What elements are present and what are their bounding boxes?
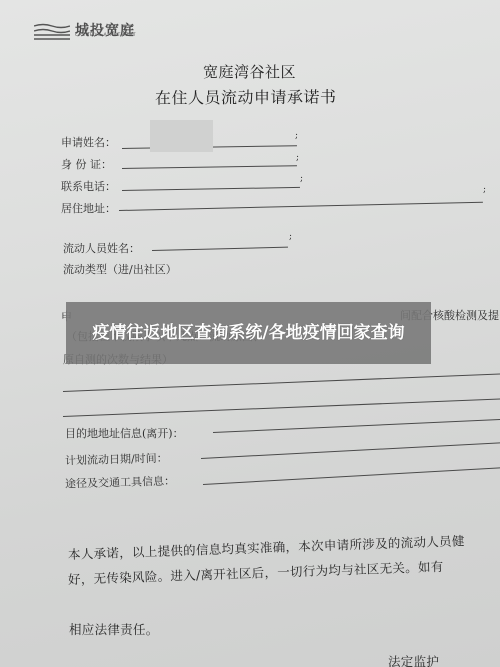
applicant-name-label: 申请姓名： <box>61 134 116 150</box>
caption-text: 疫情往返地区查询系统/各地疫情回家查询 <box>76 322 421 344</box>
destination-field[interactable] <box>213 419 500 433</box>
field-suffix: ; <box>296 153 299 163</box>
flow-type-label: 流动类型（进/出社区） <box>63 261 177 277</box>
guardian-signature-label: 法定监护 <box>388 652 439 667</box>
address-field[interactable] <box>119 202 483 211</box>
caption-banner: 疫情往返地区查询系统/各地疫情回家查询 <box>66 302 431 364</box>
planned-date-field[interactable] <box>201 442 500 459</box>
pledge-text-line-2: 好，无传染风险。进入/离开社区后，一切行为均与社区无关。如有 <box>68 557 444 588</box>
document-title-community: 宽庭湾谷社区 <box>203 61 296 82</box>
document-title-form: 在住人员流动申请承诺书 <box>155 84 337 108</box>
pledge-text-line-3: 相应法律责任。 <box>69 620 159 638</box>
field-suffix: ; <box>483 185 486 195</box>
field-suffix: ; <box>300 174 303 184</box>
document-photo: 城投宽庭 CREATIVE APARTMENT 宽庭湾谷社区 在住人员流动申请承… <box>0 0 500 667</box>
redacted-name-block <box>150 120 213 152</box>
address-label: 居住地址： <box>61 200 116 216</box>
mover-name-label: 流动人员姓名： <box>63 240 140 256</box>
field-suffix: ; <box>295 131 298 141</box>
destination-label: 目的地地址信息(离开)： <box>65 425 184 441</box>
phone-label: 联系电话： <box>61 178 116 194</box>
logo-name-en: CREATIVE APARTMENT <box>75 33 136 38</box>
phone-field[interactable] <box>122 187 300 191</box>
id-number-label: 身 份 证： <box>61 156 112 172</box>
mover-name-field[interactable] <box>152 247 288 251</box>
wave-lines-logo-icon <box>34 23 70 40</box>
route-field[interactable] <box>203 467 500 485</box>
field-suffix: ; <box>289 232 292 242</box>
route-label: 途径及交通工具信息： <box>65 473 175 492</box>
planned-date-label: 计划流动日期/时间： <box>65 450 168 469</box>
reason-line-1[interactable] <box>63 373 500 392</box>
id-number-field[interactable] <box>122 165 297 169</box>
reason-line-2[interactable] <box>63 398 500 417</box>
